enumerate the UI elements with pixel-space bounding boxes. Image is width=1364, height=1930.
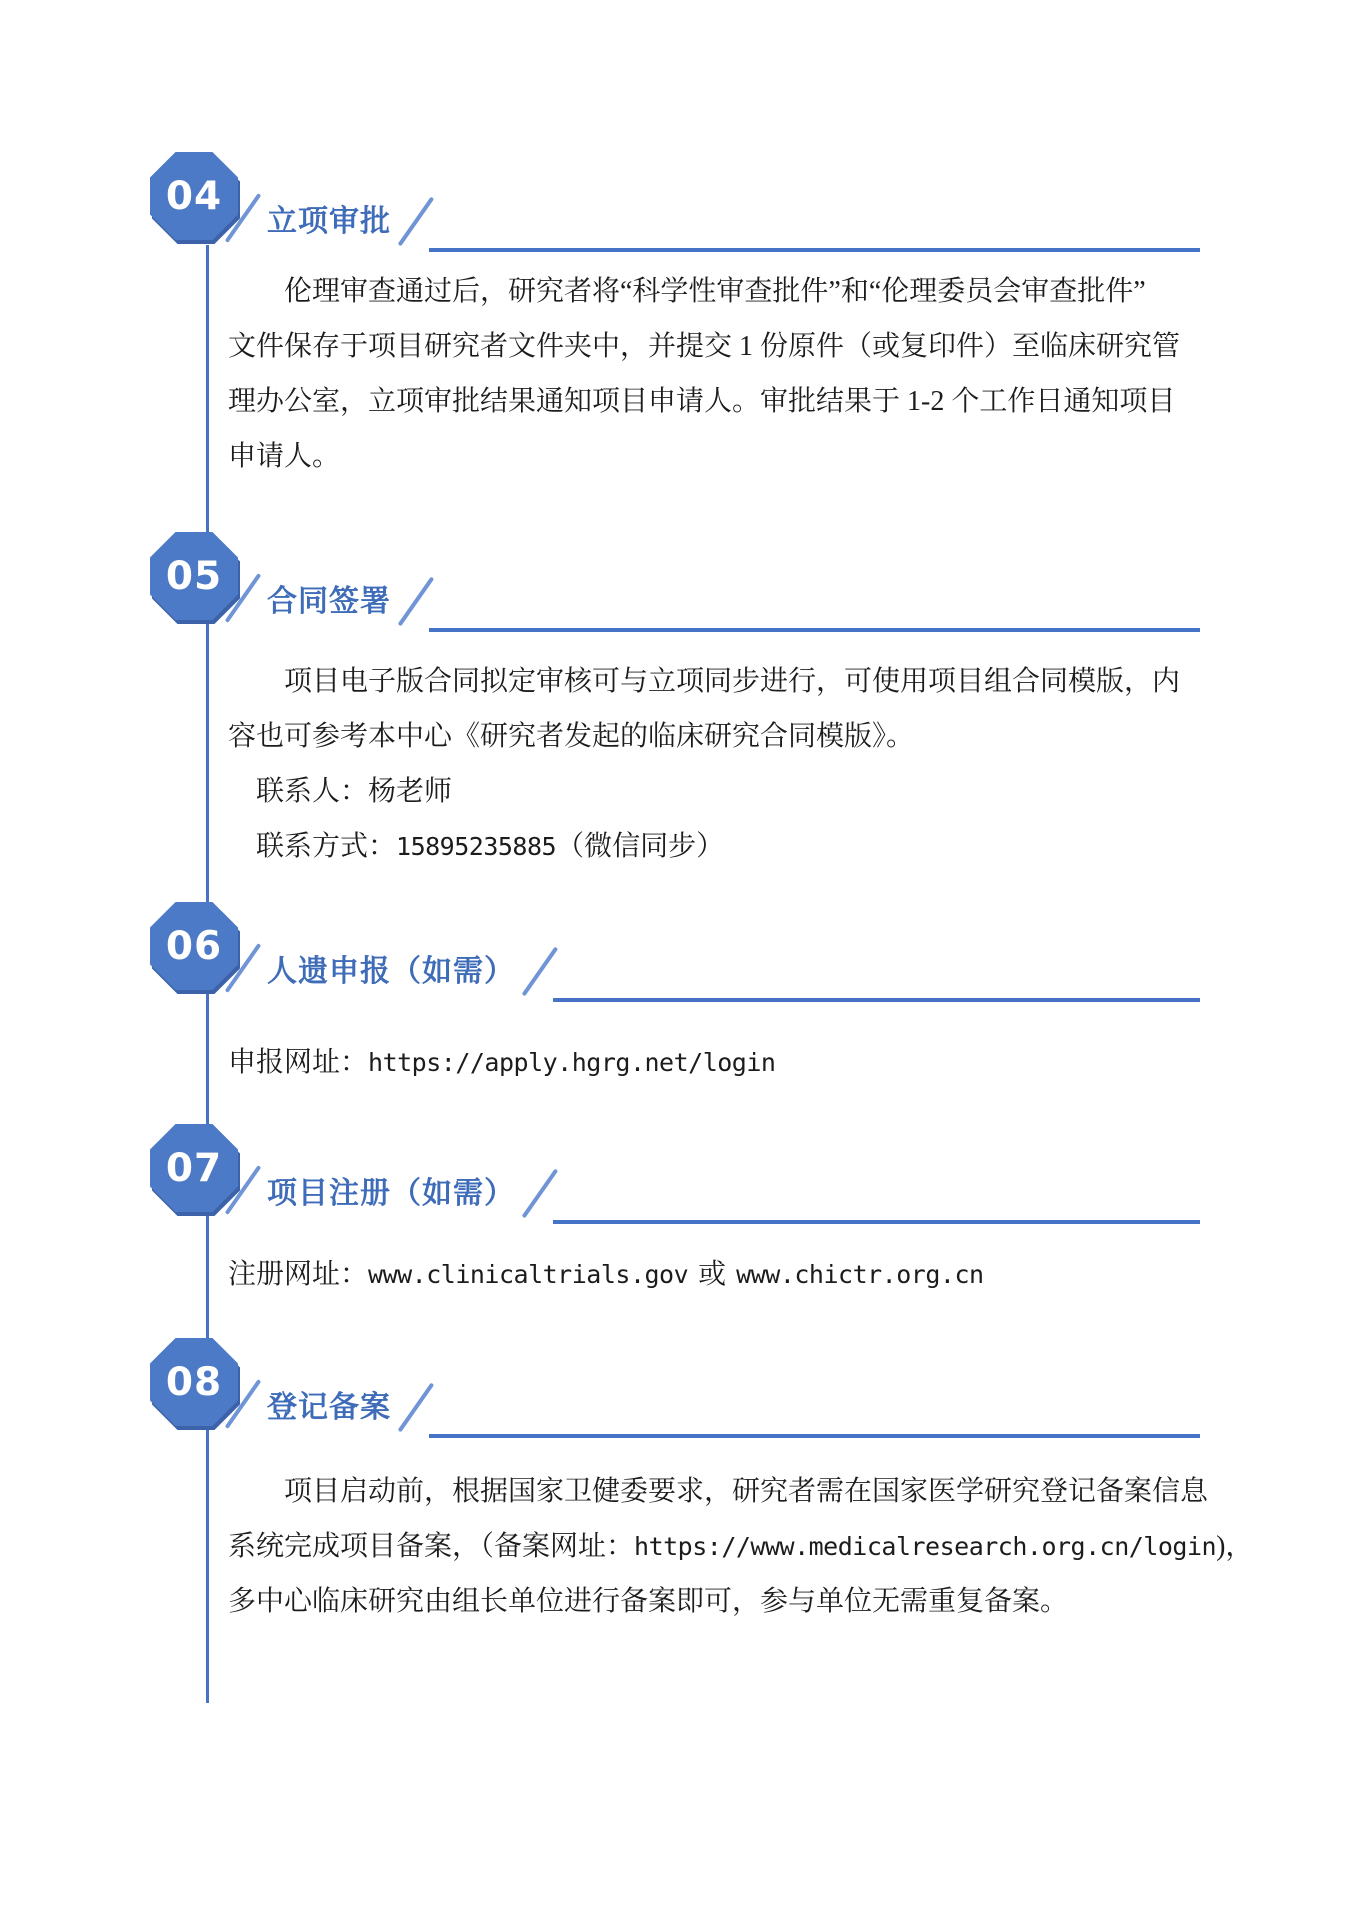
body-line: 多中心临床研究由组长单位进行备案即可，参与单位无需重复备案。 (228, 1574, 1188, 1629)
step-number: 04 (166, 174, 222, 219)
link-label: 注册网址： (228, 1259, 368, 1290)
step-underline (429, 248, 1200, 252)
filing-url-prefix: 系统完成项目备案，（备案网址： (228, 1531, 634, 1562)
step-body: 项目启动前，根据国家卫健委要求，研究者需在国家医学研究登记备案信息 系统完成项目… (228, 1464, 1188, 1629)
step-title: 人遗申报（如需） (267, 946, 515, 990)
step-body: 伦理审查通过后，研究者将“科学性审查批件”和“伦理委员会审查批件” 文件保存于项… (228, 264, 1188, 484)
contact-person-name: 杨老师 (368, 776, 452, 807)
step-title: 登记备案 (267, 1382, 391, 1426)
slash-icon (225, 943, 262, 993)
step-body: 申报网址：https://apply.hgrg.net/login (228, 1035, 1188, 1090)
step-number: 08 (166, 1360, 222, 1405)
body-line: 理办公室，立项审批结果通知项目申请人。审批结果于 1-2 个工作日通知项目 (228, 374, 1188, 429)
contact-person-label: 联系人： (256, 776, 368, 807)
slash-icon (398, 577, 435, 627)
step-body: 注册网址：www.clinicaltrials.gov或www.chictr.o… (228, 1247, 1188, 1302)
step-badge: 07 (150, 1124, 238, 1212)
step-title: 项目注册（如需） (267, 1168, 515, 1212)
declaration-url: https://apply.hgrg.net/login (368, 1048, 775, 1077)
slash-icon (398, 1383, 435, 1433)
step-header: 立项审批 (227, 190, 1200, 246)
filing-url-suffix: )， (1216, 1531, 1253, 1562)
step-title: 立项审批 (267, 196, 391, 240)
step-header: 登记备案 (227, 1376, 1200, 1432)
step-body: 项目电子版合同拟定审核可与立项同步进行，可使用项目组合同模版，内 容也可参考本中… (228, 654, 1188, 874)
slash-icon (522, 947, 559, 997)
link-conjunction: 或 (698, 1259, 726, 1290)
step-underline (553, 998, 1200, 1002)
step-badge: 05 (150, 532, 238, 620)
slash-icon (522, 1169, 559, 1219)
link-line: 申报网址：https://apply.hgrg.net/login (228, 1035, 1188, 1090)
link-label: 申报网址： (228, 1047, 368, 1078)
body-line: 申请人。 (228, 429, 1188, 484)
slash-icon (398, 197, 435, 247)
registration-url-1: www.clinicaltrials.gov (368, 1260, 688, 1289)
slash-icon (225, 1165, 262, 1215)
step-underline (429, 1434, 1200, 1438)
body-line: 伦理审查通过后，研究者将“科学性审查批件”和“伦理委员会审查批件” (228, 264, 1188, 319)
body-line: 项目电子版合同拟定审核可与立项同步进行，可使用项目组合同模版，内 (228, 654, 1188, 709)
registration-url-2: www.chictr.org.cn (736, 1260, 983, 1289)
slash-icon (225, 573, 262, 623)
contact-phone-line: 联系方式：15895235885（微信同步） (228, 819, 1188, 874)
body-line-with-url: 系统完成项目备案，（备案网址：https://www.medicalresear… (228, 1519, 1188, 1574)
contact-phone-number: 15895235885 (396, 832, 556, 861)
step-header: 人遗申报（如需） (227, 940, 1200, 996)
step-number: 06 (166, 924, 222, 969)
slash-icon (225, 193, 262, 243)
step-underline (429, 628, 1200, 632)
contact-phone-label: 联系方式： (256, 831, 396, 862)
contact-phone-note: （微信同步） (556, 831, 724, 862)
body-line: 容也可参考本中心《研究者发起的临床研究合同模版》。 (228, 709, 1188, 764)
step-header: 项目注册（如需） (227, 1162, 1200, 1218)
step-number: 05 (166, 554, 222, 599)
step-badge: 06 (150, 902, 238, 990)
link-line: 注册网址：www.clinicaltrials.gov或www.chictr.o… (228, 1247, 1188, 1302)
step-badge: 04 (150, 152, 238, 240)
slash-icon (225, 1379, 262, 1429)
step-title: 合同签署 (267, 576, 391, 620)
document-page: 04 立项审批 伦理审查通过后，研究者将“科学性审查批件”和“伦理委员会审查批件… (0, 0, 1364, 1930)
step-badge: 08 (150, 1338, 238, 1426)
contact-person-line: 联系人：杨老师 (228, 764, 1188, 819)
step-underline (553, 1220, 1200, 1224)
body-line: 项目启动前，根据国家卫健委要求，研究者需在国家医学研究登记备案信息 (228, 1464, 1188, 1519)
step-header: 合同签署 (227, 570, 1200, 626)
filing-url: https://www.medicalresearch.org.cn/login (634, 1532, 1216, 1561)
body-line: 文件保存于项目研究者文件夹中，并提交 1 份原件（或复印件）至临床研究管 (228, 319, 1188, 374)
step-number: 07 (166, 1146, 222, 1191)
